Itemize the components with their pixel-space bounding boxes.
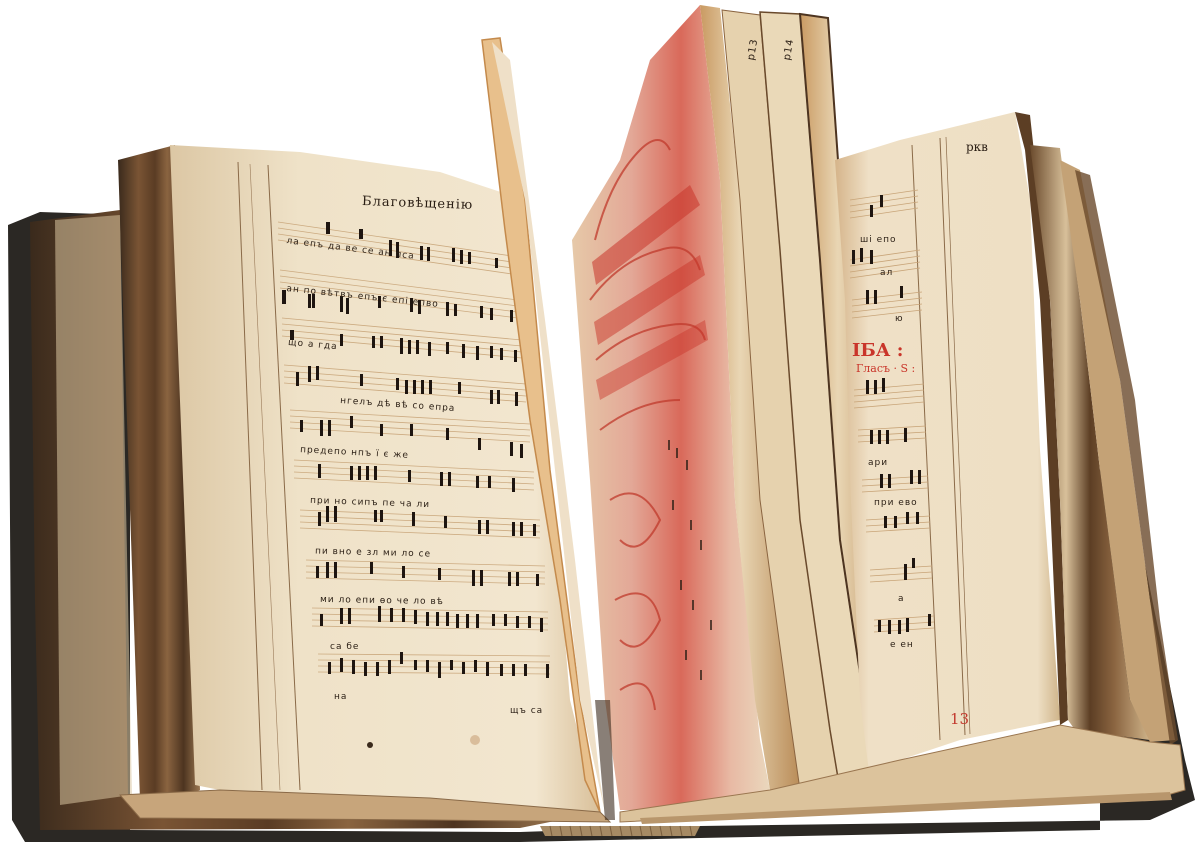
folio-number-top: ркв — [966, 140, 988, 154]
lyric-line: ми ло епи ѳо че ло вѣ — [320, 595, 444, 607]
lyric-line: ари — [868, 458, 888, 468]
book-illustration — [0, 0, 1200, 854]
right-page — [835, 112, 1060, 780]
lyric-line: ю — [895, 314, 904, 324]
book-photo: Благовѣщенію ла епъ да ве се ан пса ан п… — [0, 0, 1200, 854]
lyric-line: е ен — [890, 640, 914, 650]
lyric-line: са бе — [330, 642, 359, 652]
lyric-line: на — [334, 692, 347, 702]
lyric-line: при ево — [874, 498, 918, 508]
folio-number-bottom: 13 — [950, 710, 969, 728]
lyric-line: ал — [880, 268, 893, 278]
lyric-line: а — [898, 594, 905, 604]
lyric-line: щъ са — [510, 706, 543, 716]
lyric-line: ші епо — [860, 235, 897, 245]
rubric-tone: Гласъ · Ѕ : — [856, 362, 915, 375]
rubric-initial: ІБА : — [852, 340, 903, 361]
